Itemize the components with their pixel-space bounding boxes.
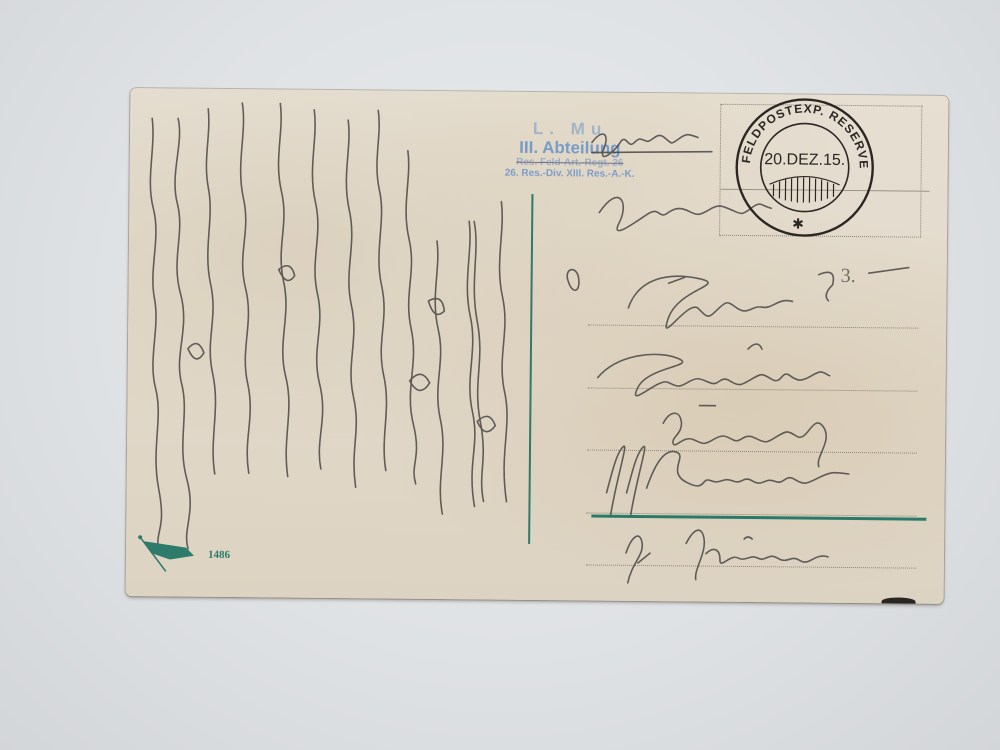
postage-note: 3. bbox=[841, 265, 856, 288]
photo-background: L. Mu III. Abteilung Res. Feld-Art.-Regt… bbox=[0, 0, 1000, 750]
print-number: 1486 bbox=[208, 549, 230, 561]
feldpost-postmark: FELDPOSTEXP. RESERVE-DIVISION 20.DEZ.15.… bbox=[729, 92, 880, 243]
postcard: L. Mu III. Abteilung Res. Feld-Art.-Regt… bbox=[126, 88, 949, 604]
svg-text:20.DEZ.15.: 20.DEZ.15. bbox=[764, 151, 845, 169]
corner-wear bbox=[882, 597, 916, 604]
flag-logo-icon bbox=[136, 533, 206, 574]
svg-text:✱: ✱ bbox=[792, 215, 804, 231]
